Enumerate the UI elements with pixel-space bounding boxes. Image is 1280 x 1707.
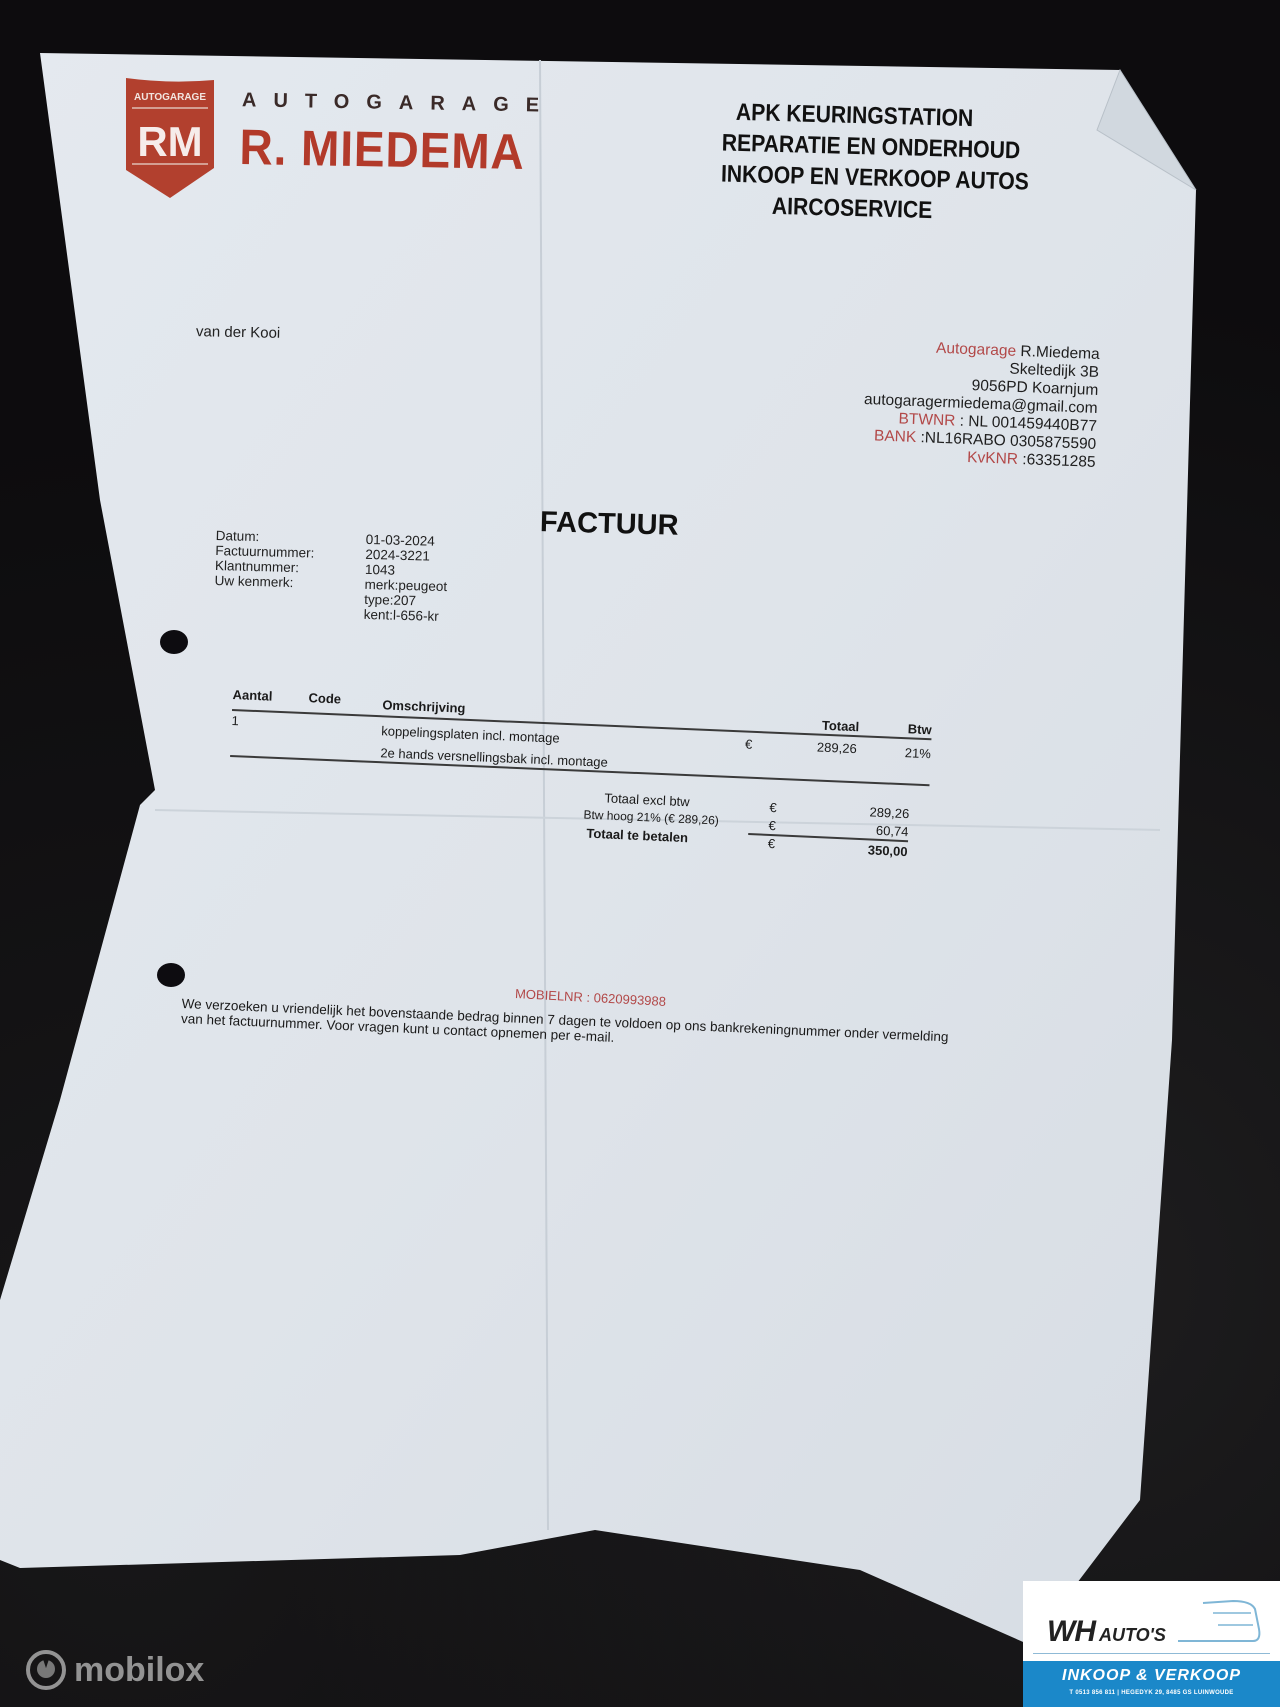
- totals-block: Totaal excl btw € 289,26 Btw hoog 21% (€…: [636, 792, 910, 894]
- col-header-aantal: Aantal: [232, 687, 272, 704]
- punch-hole: [157, 963, 185, 987]
- kvk-number: :63351285: [1018, 451, 1096, 471]
- reference-type: type:207: [364, 592, 416, 608]
- vat-currency: €: [768, 818, 776, 833]
- sender-name-label: Autogarage: [936, 340, 1017, 360]
- invoice-title: FACTUUR: [540, 506, 679, 543]
- invoice-number: 2024-3221: [365, 547, 430, 564]
- mobilox-logo-icon: [26, 1650, 66, 1690]
- grand-total-currency: €: [767, 836, 775, 851]
- row2-currency: €: [745, 736, 753, 751]
- invoice-meta: Datum:01-03-2024 Factuurnummer:2024-3221…: [214, 528, 449, 624]
- col-header-totaal: Totaal: [822, 718, 860, 735]
- col-header-code: Code: [308, 690, 341, 706]
- row2-totaal: 289,26: [817, 740, 857, 757]
- bank-label: BANK: [874, 427, 917, 446]
- svg-text:AUTOGARAGE: AUTOGARAGE: [134, 92, 206, 103]
- punch-hole: [160, 630, 188, 654]
- mobilox-watermark: mobilox: [26, 1650, 204, 1690]
- vat-value: 60,74: [876, 823, 909, 839]
- reference-plate: kent:l-656-kr: [364, 607, 439, 624]
- subtotal-value: 289,26: [869, 804, 909, 821]
- col-header-btw: Btw: [908, 721, 932, 737]
- kvk-label: KvKNR: [967, 449, 1018, 468]
- sender-name: R.Miedema: [1016, 343, 1100, 363]
- sender-address-block: Autogarage R.Miedema Skeltedijk 3B 9056P…: [795, 334, 1100, 471]
- col-header-omschrijving: Omschrijving: [382, 697, 466, 715]
- btw-label: BTWNR: [898, 410, 955, 429]
- rm-logo-shield-icon: AUTOGARAGE RM: [122, 76, 218, 200]
- watermark-text: mobilox: [74, 1651, 204, 1690]
- customer-name: van der Kooi: [196, 323, 281, 342]
- car-outline-icon: [1173, 1591, 1268, 1651]
- dealer-badge: WHAUTO'S INKOOP & VERKOOP T 0513 856 811…: [1023, 1581, 1280, 1707]
- svg-text:RM: RM: [137, 118, 202, 165]
- customer-number: 1043: [365, 562, 395, 578]
- services-list: APK KEURINGSTATION REPARATIE EN ONDERHOU…: [720, 97, 987, 228]
- dealer-address: T 0513 856 811 | HEGEDYK 29, 8485 GS LUI…: [1023, 1690, 1280, 1696]
- row2-btw: 21%: [905, 745, 932, 761]
- subtotal-currency: €: [769, 800, 777, 815]
- brand-name: R. MIEDEMA: [239, 118, 525, 181]
- dealer-logo-big: WH: [1047, 1615, 1095, 1648]
- grand-total-value: 350,00: [868, 842, 908, 859]
- row1-omschrijving: koppelingsplaten incl. montage: [381, 723, 560, 745]
- dealer-logo-small: AUTO'S: [1099, 1625, 1166, 1645]
- row1-aantal: 1: [231, 713, 239, 728]
- dealer-tagline: INKOOP & VERKOOP: [1023, 1661, 1280, 1685]
